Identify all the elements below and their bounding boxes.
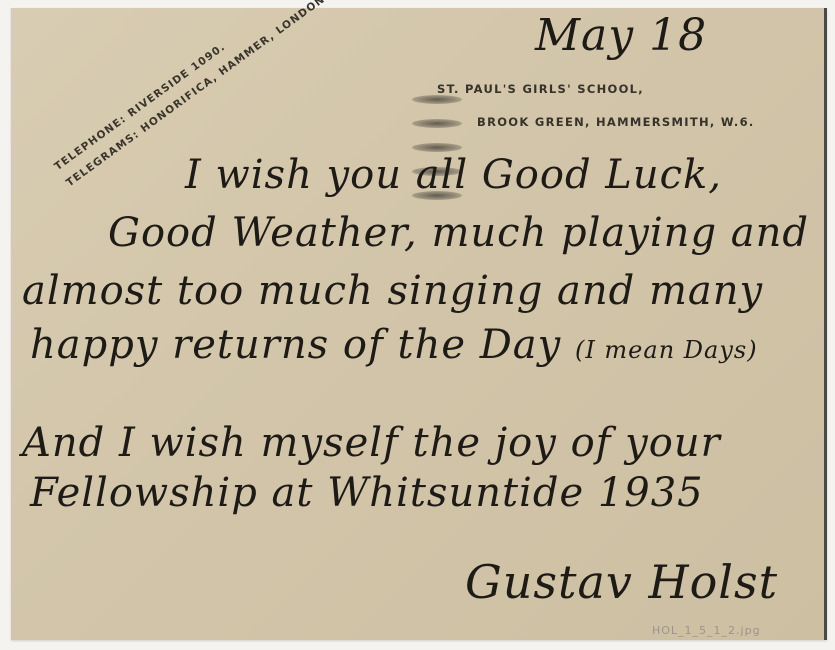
letterhead-address: BROOK GREEN, HAMMERSMITH, W.6.	[477, 115, 755, 129]
letter-aside: (I mean Days)	[575, 336, 758, 364]
letter-date: May 18	[535, 10, 707, 61]
filename-watermark: HOL_1_5_1_2.jpg	[652, 624, 761, 637]
letter-line-5: And I wish myself the joy of your	[22, 420, 721, 466]
letter-line-6: Fellowship at Whitsuntide 1935	[30, 470, 704, 516]
signature: Gustav Holst	[465, 555, 778, 609]
letterhead-school-name: ST. PAUL'S GIRLS' SCHOOL,	[437, 82, 644, 96]
letter-line-4-text: happy returns of the Day	[30, 322, 561, 368]
letter-line-3: almost too much singing and many	[22, 268, 763, 314]
letter-line-4: happy returns of the Day (I mean Days)	[30, 322, 758, 368]
letter-line-1: I wish you all Good Luck,	[185, 152, 722, 198]
letter-line-2: Good Weather, much playing and	[108, 210, 809, 256]
